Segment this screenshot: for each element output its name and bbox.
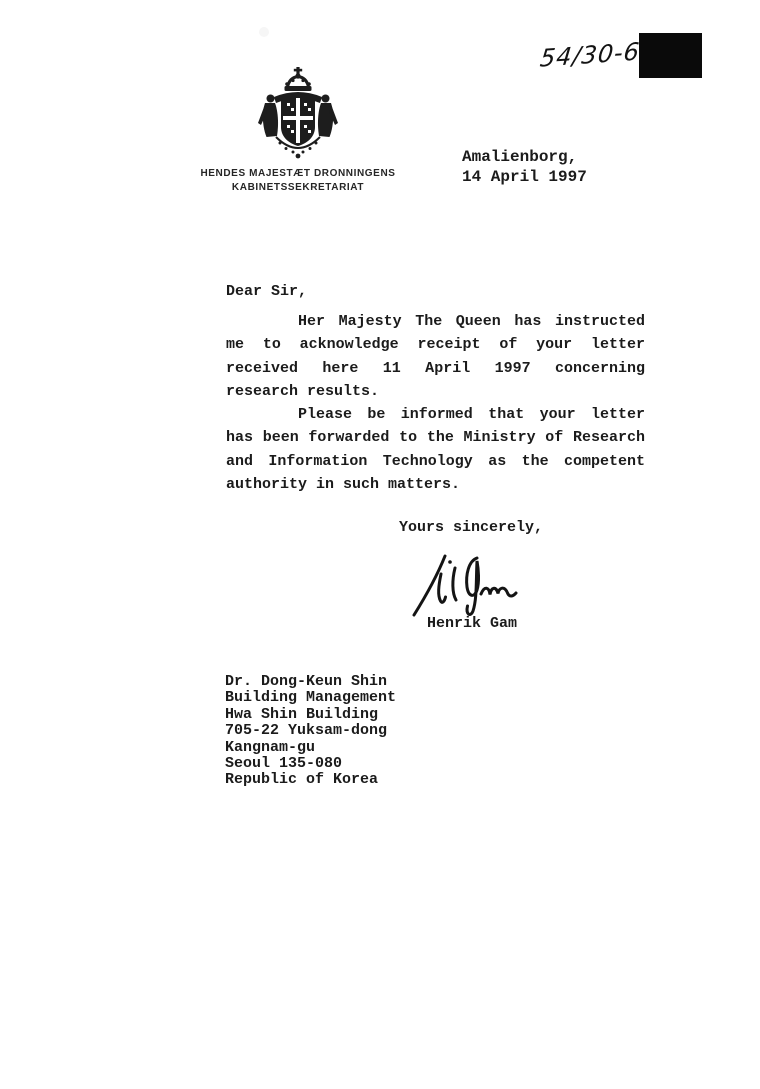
valediction: Yours sincerely, bbox=[399, 519, 543, 536]
body-line: Please be informed that your letter bbox=[226, 403, 645, 426]
body-line: me to acknowledge receipt of your letter bbox=[226, 333, 645, 356]
body-line: Her Majesty The Queen has instructed bbox=[226, 310, 645, 333]
body-line: received here 11 April 1997 concerning bbox=[226, 357, 645, 380]
body-line: authority in such matters. bbox=[226, 473, 645, 496]
address-line: Kangnam-gu bbox=[225, 740, 396, 756]
handwritten-signature-icon bbox=[410, 549, 522, 619]
place-line: Amalienborg, bbox=[462, 148, 587, 168]
sender-organization: HENDES MAJESTÆT DRONNINGENS KABINETSSEKR… bbox=[188, 167, 408, 195]
address-line: Seoul 135-080 bbox=[225, 756, 396, 772]
address-line: Hwa Shin Building bbox=[225, 707, 396, 723]
date-line: 14 April 1997 bbox=[462, 168, 587, 188]
address-line: Building Management bbox=[225, 690, 396, 706]
paragraph-2: Please be informed that your letter has … bbox=[226, 403, 645, 496]
scan-smudge bbox=[259, 27, 269, 37]
body-line: research results. bbox=[226, 380, 645, 403]
recipient-address: Dr. Dong-Keun Shin Building Management H… bbox=[225, 674, 396, 789]
paragraph-1: Her Majesty The Queen has instructed me … bbox=[226, 310, 645, 403]
royal-coat-of-arms-icon bbox=[252, 67, 344, 165]
org-name-line2: KABINETSSEKRETARIAT bbox=[188, 181, 408, 195]
place-and-date: Amalienborg, 14 April 1997 bbox=[462, 148, 587, 187]
salutation: Dear Sir, bbox=[226, 283, 307, 300]
redaction-box bbox=[639, 33, 702, 78]
org-name-line1: HENDES MAJESTÆT DRONNINGENS bbox=[188, 167, 408, 181]
body-line: has been forwarded to the Ministry of Re… bbox=[226, 426, 645, 449]
address-line: Dr. Dong-Keun Shin bbox=[225, 674, 396, 690]
address-line: Republic of Korea bbox=[225, 772, 396, 788]
body-line: and Information Technology as the compet… bbox=[226, 450, 645, 473]
address-line: 705-22 Yuksam-dong bbox=[225, 723, 396, 739]
signer-name: Henrik Gam bbox=[427, 615, 517, 632]
letter-page: 54/30-64L bbox=[0, 0, 760, 1089]
